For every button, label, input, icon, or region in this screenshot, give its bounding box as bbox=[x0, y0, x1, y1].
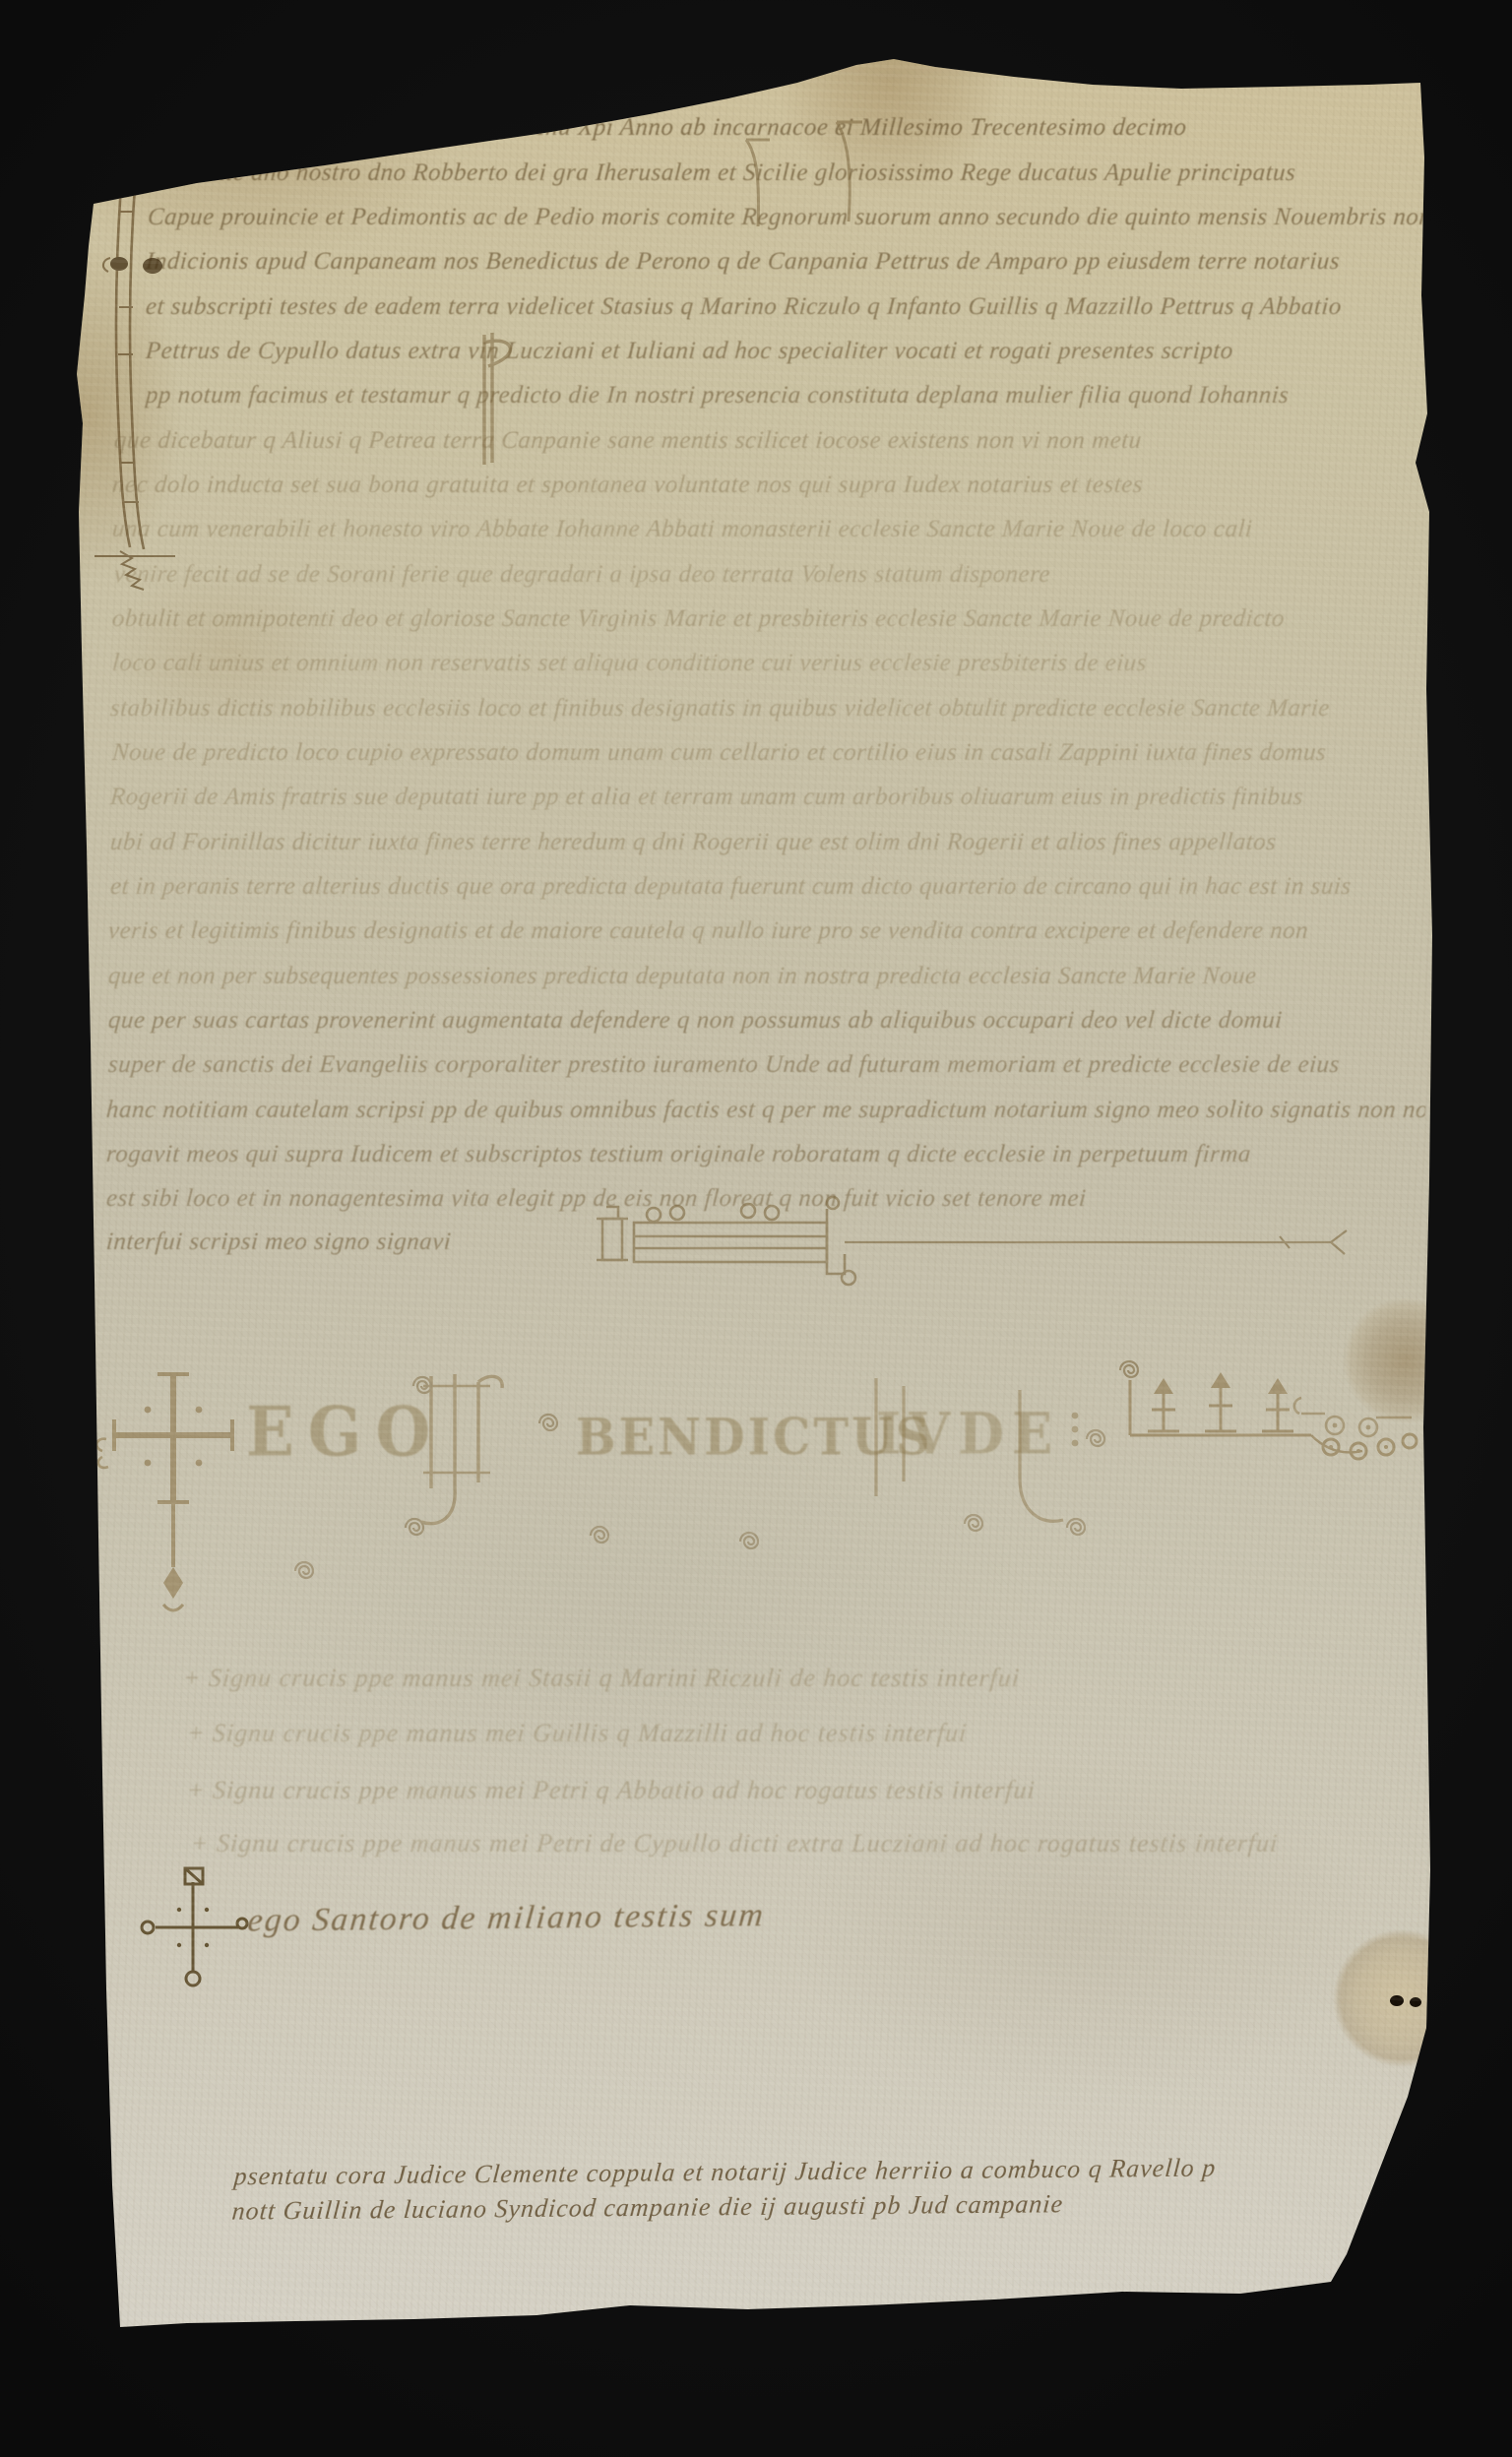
body-line: super de sanctis dei Evangeliis corporal… bbox=[107, 1051, 1341, 1079]
body-line: Regnante dno nostro dno Robberto dei gra… bbox=[147, 159, 1296, 187]
body-line: Noue de predicto loco cupio expressato d… bbox=[111, 739, 1327, 767]
judge-cross-icon bbox=[96, 1374, 232, 1610]
body-line: pp notum facimus et testamur q predicto … bbox=[145, 382, 1290, 409]
witness-line: + Signu crucis ppe manus mei Guillis q M… bbox=[186, 1719, 969, 1748]
body-line: ubi ad Forinillas dicitur iuxta fines te… bbox=[109, 829, 1277, 856]
eyelet-chain-flourish bbox=[1294, 1398, 1412, 1436]
notary-sign-icon bbox=[142, 1868, 247, 1985]
body-line: venire fecit ad se de Sorani ferie que d… bbox=[113, 561, 1051, 589]
body-line: que et non per subsequentes possessiones… bbox=[107, 963, 1258, 990]
body-line: loco cali unius et omnium non reservatis… bbox=[111, 650, 1148, 677]
parchment-sheet: In noie dni dei etrni et Saluatoris nri … bbox=[0, 0, 1512, 2457]
parchment-hole bbox=[1410, 1997, 1421, 2007]
body-line: hanc notitiam cautelam scripsi pp de qui… bbox=[105, 1097, 1426, 1124]
body-line: Capue prouincie et Pedimontis ac de Pedi… bbox=[147, 204, 1444, 231]
body-line: In noie dni dei etrni et Saluatoris nri … bbox=[149, 114, 1187, 142]
photo-background: In noie dni dei etrni et Saluatoris nri … bbox=[0, 0, 1512, 2457]
descender-spirals bbox=[295, 1527, 758, 1578]
body-line-final: interfui scripsi meo signo signavi bbox=[105, 1228, 452, 1256]
registration-line: nott Guillin de luciano Syndicod campani… bbox=[231, 2189, 1065, 2226]
witness-line: + Signu crucis ppe manus mei Petri de Cy… bbox=[190, 1829, 1279, 1858]
judge-ego-word: EGO bbox=[246, 1393, 444, 1473]
body-line: que dicebatur q Aliusi q Petrea terra Ca… bbox=[113, 427, 1143, 455]
candelabra-ornament bbox=[1120, 1361, 1417, 1459]
body-line: Rogerii de Amis fratris sue deputati iur… bbox=[109, 784, 1304, 811]
body-line: stabilibus dictis nobilibus ecclesiis lo… bbox=[109, 695, 1331, 723]
body-line: et subscripti testes de eadem terra vide… bbox=[145, 293, 1343, 321]
notary-line: ego Santoro de miliano testis sum bbox=[246, 1897, 767, 1939]
body-line: veris et legitimis finibus designatis et… bbox=[107, 917, 1309, 945]
body-line: nec dolo inducta set sua bona gratuita e… bbox=[111, 472, 1144, 499]
body-line: rogavit meos qui supra Iudicem et subscr… bbox=[105, 1141, 1252, 1168]
body-line: que per suas cartas provenerint augmenta… bbox=[107, 1007, 1284, 1035]
body-line: Pettrus de Cypullo datus extra vin Luczi… bbox=[145, 338, 1234, 365]
body-line: obtulit et omnipotenti deo et gloriose S… bbox=[111, 605, 1286, 633]
witness-line: + Signu crucis ppe manus mei Petri q Abb… bbox=[186, 1776, 1037, 1805]
witness-line: + Signu crucis ppe manus mei Stasii q Ma… bbox=[182, 1664, 1021, 1693]
body-line: et in peranis terre alterius ductis que … bbox=[109, 873, 1353, 901]
registration-line: psentatu cora Judice Clemente coppula et… bbox=[232, 2154, 1217, 2192]
parchment-hole bbox=[1390, 1995, 1404, 2006]
body-line: una cum venerabili et honesto viro Abbat… bbox=[111, 516, 1253, 543]
judge-iudex-monogram: IVDE bbox=[876, 1399, 1060, 1467]
body-line: Indicionis apud Canpaneam nos Benedictus… bbox=[145, 248, 1341, 276]
